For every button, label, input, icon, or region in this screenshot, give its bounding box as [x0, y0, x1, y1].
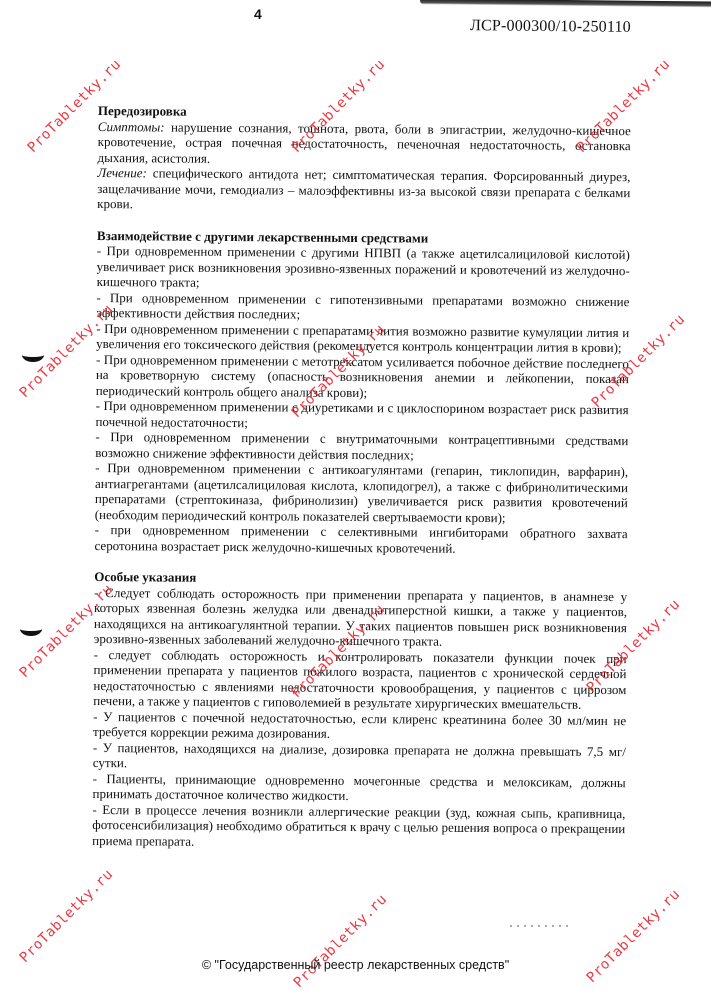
document-body: Передозировка Симптомы: нарушение сознан…: [92, 103, 631, 868]
paragraph-lead: Лечение:: [97, 165, 147, 180]
list-item: - При одновременном применении с внутрим…: [95, 429, 628, 464]
list-item: - У пациентов с почечной недостаточность…: [93, 708, 626, 743]
list-item: - У пациентов, находящихся на диализе, д…: [93, 739, 626, 774]
list-item: - При одновременном применении с диурети…: [95, 398, 628, 433]
copyright-footer: © "Государственный реестр лекарственных …: [0, 958, 711, 972]
watermark: ProTabletky.ru: [17, 866, 117, 966]
page-number: 4: [254, 6, 262, 22]
section-special-instructions: Особые указания - Следует соблюдать осто…: [92, 569, 627, 852]
list-item: - При одновременном применении с метотре…: [96, 351, 629, 402]
section-interactions: Взаимодействие с другими лекарственными …: [94, 227, 630, 557]
watermark: ProTabletky.ru: [291, 891, 391, 991]
paragraph-lead: Симптомы:: [98, 118, 165, 134]
paragraph: Лечение: специфического антидота нет; си…: [97, 165, 630, 216]
list-item: - Пациенты, принимающие одновременно моч…: [93, 770, 626, 805]
scan-punch-mark: [20, 622, 42, 636]
list-item: - Если в процессе лечения возникли аллер…: [92, 801, 625, 852]
list-item: - При одновременном применении с другими…: [97, 243, 630, 294]
paragraph-text: нарушение сознания, тошнота, рвота, боли…: [98, 119, 631, 165]
list-item: - При одновременном применении с гипотен…: [96, 289, 629, 324]
document-id: ЛСР-000300/10-250110: [470, 17, 631, 37]
list-item: - следует соблюдать осторожность и контр…: [93, 646, 626, 712]
paragraph: Симптомы: нарушение сознания, тошнота, р…: [98, 118, 631, 169]
paragraph-text: специфического антидота нет; симптоматич…: [97, 165, 630, 211]
scan-noise: [510, 925, 570, 927]
section-overdose: Передозировка Симптомы: нарушение сознан…: [97, 103, 631, 216]
list-item: - при одновременном применении с селекти…: [94, 522, 627, 557]
list-item: - При одновременном применении с антикоа…: [95, 460, 628, 526]
scan-punch-mark: [22, 348, 44, 362]
scan-edge-shadow: [420, 0, 711, 8]
